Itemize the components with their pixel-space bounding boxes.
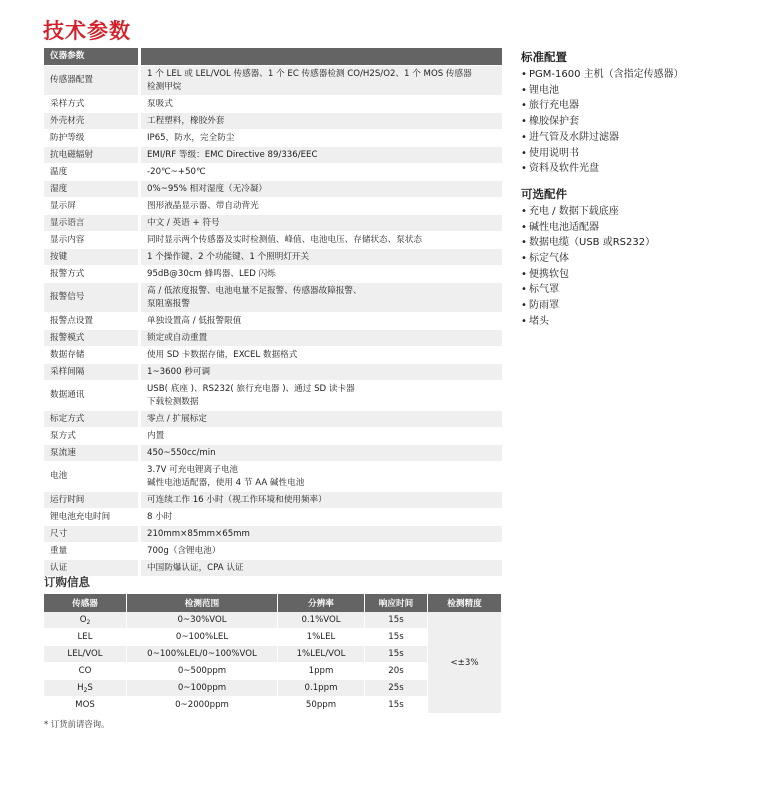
range-cell: 0~100ppm xyxy=(127,680,278,697)
spec-row: 显示屏图形液晶显示器、带自动背光 xyxy=(44,198,502,215)
optional-accessory-item: •充电 / 数据下载底座 xyxy=(521,204,751,220)
spec-value: 450~550cc/min xyxy=(141,445,502,462)
spec-label: 报警信号 xyxy=(44,283,141,313)
spec-value-line: 图形液晶显示器、带自动背光 xyxy=(147,200,496,213)
spec-row: 温度-20℃~+50℃ xyxy=(44,164,502,181)
resolution-cell: 1ppm xyxy=(278,663,365,680)
spec-value-line: 内置 xyxy=(147,430,496,443)
spec-row: 泵方式内置 xyxy=(44,428,502,445)
spec-value-line: 1 个 LEL 或 LEL/VOL 传感器、1 个 EC 传感器检测 CO/H2… xyxy=(147,68,496,81)
sensor-name: MOS xyxy=(75,700,95,710)
spec-value-line: IP65，防水，完全防尘 xyxy=(147,132,496,145)
spec-value: 同时显示两个传感器及实时检测值、峰值、电池电压、存储状态、泵状态 xyxy=(141,232,502,249)
spec-value-line: 700g（含锂电池） xyxy=(147,545,496,558)
sensor-cell: H2S xyxy=(44,680,127,697)
range-cell: 0~2000ppm xyxy=(127,697,278,714)
standard-config-item: •橡胶保护套 xyxy=(521,114,751,130)
sensor-cell: LEL/VOL xyxy=(44,646,127,663)
spec-value-line: -20℃~+50℃ xyxy=(147,166,496,179)
spec-value: 0%~95% 相对湿度（无冷凝） xyxy=(141,181,502,198)
spec-value-line: 3.7V 可充电锂离子电池 xyxy=(147,464,496,477)
optional-accessory-item-label: 防雨罩 xyxy=(529,300,559,311)
spec-value-line: 210mm×85mm×65mm xyxy=(147,528,496,541)
sensor-name: CO xyxy=(79,666,92,676)
spec-row: 锂电池充电时间8 小时 xyxy=(44,509,502,526)
optional-accessory-item: •数据电缆（USB 或RS232） xyxy=(521,235,751,251)
spec-value: USB( 底座 )、RS232( 旅行充电器 )、通过 SD 读卡器下载检测数据 xyxy=(141,381,502,411)
spec-value: 1 个操作键、2 个功能键、1 个照明灯开关 xyxy=(141,249,502,266)
spec-label: 报警方式 xyxy=(44,266,141,283)
resolution-cell: 0.1ppm xyxy=(278,680,365,697)
response-cell: 15s xyxy=(365,646,428,663)
spec-value-line: 单独设置高 / 低报警限值 xyxy=(147,315,496,328)
spec-row: 标定方式零点 / 扩展标定 xyxy=(44,411,502,428)
spec-value: 使用 SD 卡数据存储，EXCEL 数据格式 xyxy=(141,347,502,364)
spec-label: 防护等级 xyxy=(44,130,141,147)
standard-config-item: •PGM-1600 主机（含指定传感器） xyxy=(521,67,751,83)
spec-value-line: 泵阻塞报警 xyxy=(147,298,496,311)
spec-value: 零点 / 扩展标定 xyxy=(141,411,502,428)
spec-label: 采样方式 xyxy=(44,96,141,113)
standard-config-item-label: 资料及软件光盘 xyxy=(529,163,599,174)
spec-value-line: EMI/RF 等级：EMC Directive 89/336/EEC xyxy=(147,149,496,162)
standard-config-item: •使用说明书 xyxy=(521,146,751,162)
spec-value-line: 8 小时 xyxy=(147,511,496,524)
response-cell: 15s xyxy=(365,629,428,646)
ordering-table: 传感器 检测范围 分辨率 响应时间 检测精度 O20~30%VOL0.1%VOL… xyxy=(44,594,502,714)
range-cell: 0~30%VOL xyxy=(127,612,278,629)
page-title: 技术参数 xyxy=(43,18,131,44)
spec-value: 锁定或自动重置 xyxy=(141,330,502,347)
bullet-icon: • xyxy=(521,161,529,177)
spec-value: 可连续工作 16 小时（视工作环境和使用频率） xyxy=(141,492,502,509)
standard-config-item-label: 旅行充电器 xyxy=(529,100,579,111)
col-range: 检测范围 xyxy=(127,594,278,612)
col-resolution: 分辨率 xyxy=(278,594,365,612)
spec-row: 采样方式泵吸式 xyxy=(44,96,502,113)
optional-accessories-title: 可选配件 xyxy=(521,187,751,201)
optional-accessory-item-label: 标气罩 xyxy=(529,284,559,295)
standard-config-item-label: 锂电池 xyxy=(529,85,559,96)
bullet-icon: • xyxy=(521,83,529,99)
spec-value-line: 95dB@30cm 蜂鸣器、LED 闪烁 xyxy=(147,268,496,281)
standard-config-item-label: 橡胶保护套 xyxy=(529,116,579,127)
bullet-icon: • xyxy=(521,251,529,267)
spec-row: 抗电磁辐射EMI/RF 等级：EMC Directive 89/336/EEC xyxy=(44,147,502,164)
spec-value: 高 / 低浓度报警、电池电量不足报警、传感器故障报警、泵阻塞报警 xyxy=(141,283,502,313)
standard-config-item: •进气管及水阱过滤器 xyxy=(521,130,751,146)
spec-value-line: 下载检测数据 xyxy=(147,396,496,409)
spec-label: 运行时间 xyxy=(44,492,141,509)
spec-value-line: 同时显示两个传感器及实时检测值、峰值、电池电压、存储状态、泵状态 xyxy=(147,234,496,247)
bullet-icon: • xyxy=(521,130,529,146)
spec-header-label: 仪器参数 xyxy=(44,48,141,66)
optional-accessory-item: •标气罩 xyxy=(521,282,751,298)
spec-label: 显示语言 xyxy=(44,215,141,232)
spec-value-line: 可连续工作 16 小时（视工作环境和使用频率） xyxy=(147,494,496,507)
spec-table-header: 仪器参数 xyxy=(44,48,502,66)
spec-label: 传感器配置 xyxy=(44,66,141,96)
spec-label: 采样间隔 xyxy=(44,364,141,381)
standard-config-item: •旅行充电器 xyxy=(521,98,751,114)
spec-row: 显示语言中文 / 英语 + 符号 xyxy=(44,215,502,232)
spec-row: 运行时间可连续工作 16 小时（视工作环境和使用频率） xyxy=(44,492,502,509)
spec-value-line: 工程塑料，橡胶外套 xyxy=(147,115,496,128)
spec-value: 8 小时 xyxy=(141,509,502,526)
spec-label: 电池 xyxy=(44,462,141,492)
ordering-table-header: 传感器 检测范围 分辨率 响应时间 检测精度 xyxy=(44,594,502,612)
spec-label: 重量 xyxy=(44,543,141,560)
spec-label: 外壳材壳 xyxy=(44,113,141,130)
spec-value: 内置 xyxy=(141,428,502,445)
spec-header-value xyxy=(141,48,502,66)
spec-value-line: 泵吸式 xyxy=(147,98,496,111)
optional-accessory-item: •堵头 xyxy=(521,314,751,330)
spec-value-line: 高 / 低浓度报警、电池电量不足报警、传感器故障报警、 xyxy=(147,285,496,298)
col-sensor: 传感器 xyxy=(44,594,127,612)
spec-label: 标定方式 xyxy=(44,411,141,428)
spec-value-line: 中国防爆认证，CPA 认证 xyxy=(147,562,496,575)
sensor-name: LEL/VOL xyxy=(67,649,102,659)
spec-row: 尺寸210mm×85mm×65mm xyxy=(44,526,502,543)
spec-value: IP65，防水，完全防尘 xyxy=(141,130,502,147)
bullet-icon: • xyxy=(521,114,529,130)
bullet-icon: • xyxy=(521,235,529,251)
bullet-icon: • xyxy=(521,298,529,314)
spec-label: 报警模式 xyxy=(44,330,141,347)
optional-accessory-item-label: 充电 / 数据下载底座 xyxy=(529,206,619,217)
spec-value-line: 中文 / 英语 + 符号 xyxy=(147,217,496,230)
spec-label: 抗电磁辐射 xyxy=(44,147,141,164)
spec-value-line: 0%~95% 相对湿度（无冷凝） xyxy=(147,183,496,196)
optional-accessory-item-label: 堵头 xyxy=(529,316,549,327)
spec-value: 中国防爆认证，CPA 认证 xyxy=(141,560,502,577)
bullet-icon: • xyxy=(521,220,529,236)
spec-label: 报警点设置 xyxy=(44,313,141,330)
bullet-icon: • xyxy=(521,282,529,298)
spec-label: 按键 xyxy=(44,249,141,266)
bullet-icon: • xyxy=(521,267,529,283)
spec-row: 传感器配置1 个 LEL 或 LEL/VOL 传感器、1 个 EC 传感器检测 … xyxy=(44,66,502,96)
ordering-row: O20~30%VOL0.1%VOL15s<±3% xyxy=(44,612,502,629)
standard-config-item: •资料及软件光盘 xyxy=(521,161,751,177)
col-response: 响应时间 xyxy=(365,594,428,612)
optional-accessory-item: •标定气体 xyxy=(521,251,751,267)
spec-label: 显示屏 xyxy=(44,198,141,215)
spec-row: 数据通讯USB( 底座 )、RS232( 旅行充电器 )、通过 SD 读卡器下载… xyxy=(44,381,502,411)
response-cell: 15s xyxy=(365,612,428,629)
sensor-cell: MOS xyxy=(44,697,127,714)
standard-config-item-label: 使用说明书 xyxy=(529,148,579,159)
sensor-cell: CO xyxy=(44,663,127,680)
optional-accessory-item-label: 数据电缆（USB 或RS232） xyxy=(529,237,655,248)
spec-value-line: 使用 SD 卡数据存储，EXCEL 数据格式 xyxy=(147,349,496,362)
bullet-icon: • xyxy=(521,98,529,114)
spec-row: 防护等级IP65，防水，完全防尘 xyxy=(44,130,502,147)
optional-accessory-item-label: 碱性电池适配器 xyxy=(529,222,599,233)
spec-value: 中文 / 英语 + 符号 xyxy=(141,215,502,232)
col-accuracy: 检测精度 xyxy=(428,594,502,612)
spec-row: 认证中国防爆认证，CPA 认证 xyxy=(44,560,502,577)
standard-config-item-label: 进气管及水阱过滤器 xyxy=(529,132,619,143)
standard-config-item: •锂电池 xyxy=(521,83,751,99)
response-cell: 25s xyxy=(365,680,428,697)
optional-accessory-item: •便携软包 xyxy=(521,267,751,283)
spec-value: EMI/RF 等级：EMC Directive 89/336/EEC xyxy=(141,147,502,164)
spec-row: 湿度0%~95% 相对湿度（无冷凝） xyxy=(44,181,502,198)
bullet-icon: • xyxy=(521,204,529,220)
spec-label: 泵流速 xyxy=(44,445,141,462)
sensor-subscript: 2 xyxy=(86,619,90,626)
spec-row: 数据存储使用 SD 卡数据存储，EXCEL 数据格式 xyxy=(44,347,502,364)
spec-label: 数据通讯 xyxy=(44,381,141,411)
spec-value-line: 锁定或自动重置 xyxy=(147,332,496,345)
spec-label: 数据存储 xyxy=(44,347,141,364)
spec-value: 泵吸式 xyxy=(141,96,502,113)
range-cell: 0~100%LEL/0~100%VOL xyxy=(127,646,278,663)
sensor-cell: O2 xyxy=(44,612,127,629)
spec-value-line: 1~3600 秒可调 xyxy=(147,366,496,379)
accuracy-cell: <±3% xyxy=(428,612,502,714)
bullet-icon: • xyxy=(521,67,529,83)
spec-row: 采样间隔1~3600 秒可调 xyxy=(44,364,502,381)
spec-label: 湿度 xyxy=(44,181,141,198)
spec-value-line: 检测甲烷 xyxy=(147,81,496,94)
standard-config-list: •PGM-1600 主机（含指定传感器）•锂电池•旅行充电器•橡胶保护套•进气管… xyxy=(521,67,751,177)
spec-table: 仪器参数 传感器配置1 个 LEL 或 LEL/VOL 传感器、1 个 EC 传… xyxy=(44,48,502,577)
bullet-icon: • xyxy=(521,146,529,162)
optional-accessory-item-label: 标定气体 xyxy=(529,253,569,264)
spec-value: -20℃~+50℃ xyxy=(141,164,502,181)
optional-accessory-item: •防雨罩 xyxy=(521,298,751,314)
spec-value: 1 个 LEL 或 LEL/VOL 传感器、1 个 EC 传感器检测 CO/H2… xyxy=(141,66,502,96)
resolution-cell: 0.1%VOL xyxy=(278,612,365,629)
spec-value: 工程塑料，橡胶外套 xyxy=(141,113,502,130)
spec-label: 泵方式 xyxy=(44,428,141,445)
spec-value-line: 零点 / 扩展标定 xyxy=(147,413,496,426)
spec-label: 温度 xyxy=(44,164,141,181)
spec-row: 外壳材壳工程塑料，橡胶外套 xyxy=(44,113,502,130)
spec-value-line: 450~550cc/min xyxy=(147,447,496,460)
resolution-cell: 50ppm xyxy=(278,697,365,714)
spec-row: 报警信号高 / 低浓度报警、电池电量不足报警、传感器故障报警、泵阻塞报警 xyxy=(44,283,502,313)
spec-value-line: 碱性电池适配器，使用 4 节 AA 碱性电池 xyxy=(147,477,496,490)
sensor-cell: LEL xyxy=(44,629,127,646)
spec-value: 210mm×85mm×65mm xyxy=(141,526,502,543)
response-cell: 15s xyxy=(365,697,428,714)
spec-value-line: 1 个操作键、2 个功能键、1 个照明灯开关 xyxy=(147,251,496,264)
range-cell: 0~500ppm xyxy=(127,663,278,680)
bullet-icon: • xyxy=(521,314,529,330)
spec-label: 显示内容 xyxy=(44,232,141,249)
spec-row: 显示内容同时显示两个传感器及实时检测值、峰值、电池电压、存储状态、泵状态 xyxy=(44,232,502,249)
spec-row: 报警模式锁定或自动重置 xyxy=(44,330,502,347)
response-cell: 20s xyxy=(365,663,428,680)
sensor-name-tail: S xyxy=(87,683,92,693)
ordering-note: * 订货前请咨询。 xyxy=(44,718,109,730)
spec-value: 95dB@30cm 蜂鸣器、LED 闪烁 xyxy=(141,266,502,283)
spec-row: 电池3.7V 可充电锂离子电池碱性电池适配器，使用 4 节 AA 碱性电池 xyxy=(44,462,502,492)
spec-row: 泵流速450~550cc/min xyxy=(44,445,502,462)
spec-value: 700g（含锂电池） xyxy=(141,543,502,560)
sensor-name: LEL xyxy=(77,632,92,642)
spec-row: 报警方式95dB@30cm 蜂鸣器、LED 闪烁 xyxy=(44,266,502,283)
resolution-cell: 1%LEL xyxy=(278,629,365,646)
ordering-title: 订购信息 xyxy=(44,574,90,590)
optional-accessory-item-label: 便携软包 xyxy=(529,269,569,280)
spec-label: 锂电池充电时间 xyxy=(44,509,141,526)
sidebar: 标准配置 •PGM-1600 主机（含指定传感器）•锂电池•旅行充电器•橡胶保护… xyxy=(521,50,751,340)
optional-accessory-item: •碱性电池适配器 xyxy=(521,220,751,236)
spec-row: 报警点设置单独设置高 / 低报警限值 xyxy=(44,313,502,330)
spec-value: 图形液晶显示器、带自动背光 xyxy=(141,198,502,215)
spec-value: 1~3600 秒可调 xyxy=(141,364,502,381)
spec-value: 单独设置高 / 低报警限值 xyxy=(141,313,502,330)
spec-value: 3.7V 可充电锂离子电池碱性电池适配器，使用 4 节 AA 碱性电池 xyxy=(141,462,502,492)
spec-value-line: USB( 底座 )、RS232( 旅行充电器 )、通过 SD 读卡器 xyxy=(147,383,496,396)
spec-label: 尺寸 xyxy=(44,526,141,543)
resolution-cell: 1%LEL/VOL xyxy=(278,646,365,663)
range-cell: 0~100%LEL xyxy=(127,629,278,646)
optional-accessories-list: •充电 / 数据下载底座•碱性电池适配器•数据电缆（USB 或RS232）•标定… xyxy=(521,204,751,330)
spec-row: 重量700g（含锂电池） xyxy=(44,543,502,560)
spec-row: 按键1 个操作键、2 个功能键、1 个照明灯开关 xyxy=(44,249,502,266)
standard-config-title: 标准配置 xyxy=(521,50,751,64)
standard-config-item-label: PGM-1600 主机（含指定传感器） xyxy=(529,69,684,80)
